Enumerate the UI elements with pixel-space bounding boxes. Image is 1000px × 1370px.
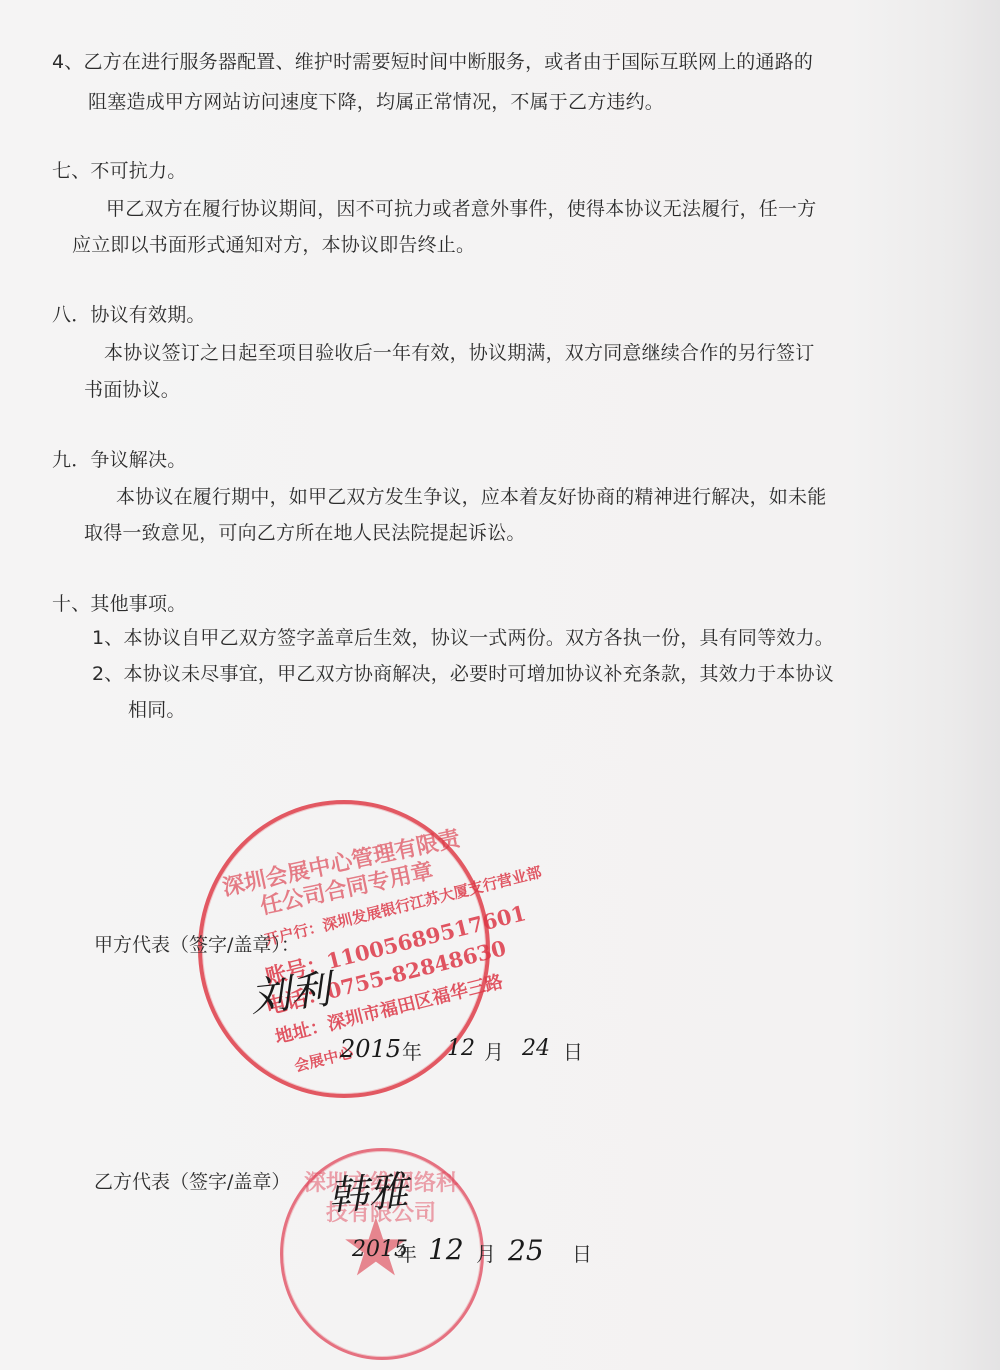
- clause-8-line-1: 本协议签订之日起至项目验收后一年有效，协议期满，双方同意继续合作的另行签订: [104, 341, 814, 365]
- clause-9-heading: 九．争议解决。: [52, 448, 186, 472]
- party-a-date-month-suffix: 月: [484, 1036, 504, 1065]
- clause-10-heading: 十、其他事项。: [52, 592, 186, 616]
- party-a-handwritten-signature: 刘利: [247, 958, 333, 1023]
- party-a-date-day: 24: [522, 1036, 550, 1061]
- clause-6-item-4-line-1: 4、乙方在进行服务器配置、维护时需要短时间中断服务，或者由于国际互联网上的通路的: [52, 50, 813, 74]
- clause-7-line-1: 甲乙双方在履行协议期间，因不可抗力或者意外事件，使得本协议无法履行，任一方: [106, 197, 816, 221]
- party-a-date-month: 12: [447, 1036, 475, 1061]
- clause-7-line-2: 应立即以书面形式通知对方，本协议即告终止。: [72, 233, 475, 257]
- party-b-date-day-suffix: 日: [572, 1238, 592, 1267]
- clause-9-line-2: 取得一致意见，可向乙方所在地人民法院提起诉讼。: [84, 521, 526, 545]
- clause-7-heading: 七、不可抗力。: [52, 159, 186, 183]
- party-b-date-year-suffix: 年: [397, 1238, 417, 1267]
- clause-6-item-4-line-2: 阻塞造成甲方网站访问速度下降，均属正常情况，不属于乙方违约。: [88, 90, 664, 114]
- party-a-date-year-suffix: 年: [402, 1036, 422, 1065]
- clause-9-line-1: 本协议在履行期中，如甲乙双方发生争议，应本着友好协商的精神进行解决，如未能: [116, 485, 826, 509]
- party-a-date-year: 2015: [340, 1035, 401, 1063]
- clause-10-item-2: 2、本协议未尽事宜，甲乙双方协商解决，必要时可增加协议补充条款，其效力于本协议: [92, 662, 834, 686]
- party-a-label: 甲方代表（签字/盖章）：: [94, 933, 300, 957]
- party-a-date-day-suffix: 日: [563, 1036, 583, 1065]
- clause-10-item-2-cont: 相同。: [128, 698, 186, 722]
- clause-10-item-1: 1、本协议自甲乙双方签字盖章后生效，协议一式两份。双方各执一份，具有同等效力。: [92, 626, 834, 650]
- party-b-label: 乙方代表（签字/盖章）: [94, 1170, 290, 1194]
- party-b-date-day: 25: [508, 1234, 544, 1267]
- party-b-date-month-suffix: 月: [476, 1238, 496, 1267]
- party-b-handwritten-signature: 韩雅: [326, 1159, 410, 1221]
- clause-8-heading: 八．协议有效期。: [52, 303, 206, 327]
- party-b-date-month: 12: [428, 1233, 464, 1266]
- clause-8-line-2: 书面协议。: [84, 378, 180, 402]
